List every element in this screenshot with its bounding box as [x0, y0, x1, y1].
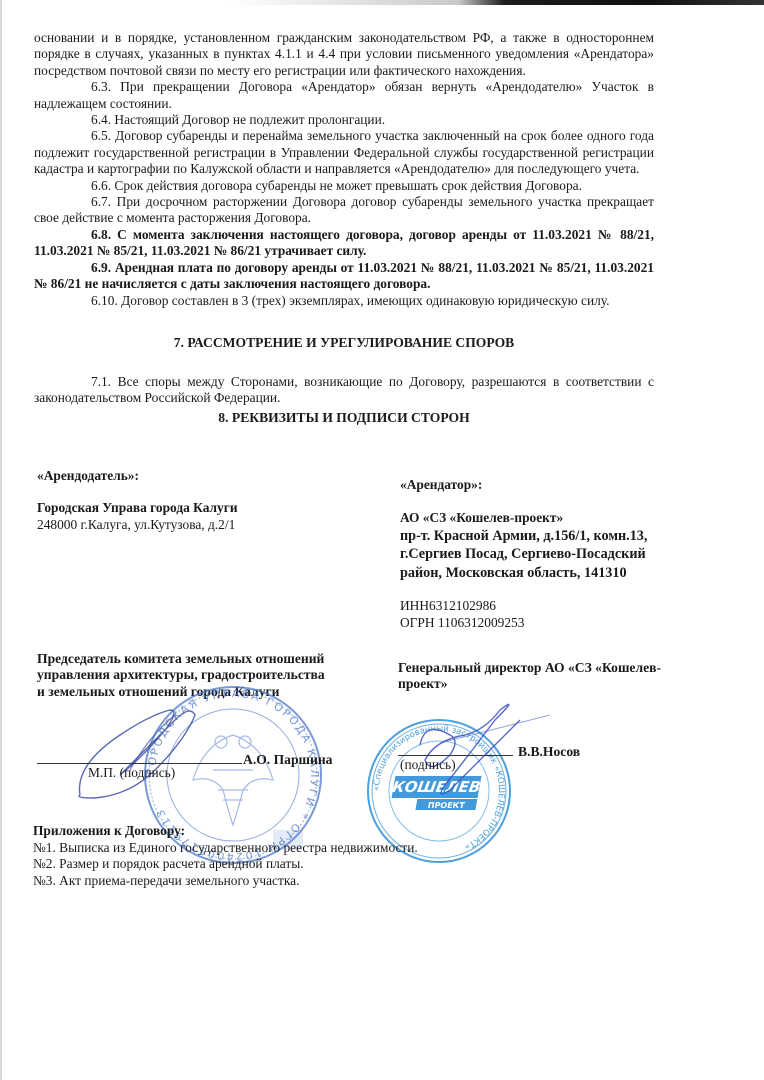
lessee-signatory: В.В.Носов [518, 744, 580, 760]
clause-6-6: 6.6. Срок действия договора субаренды не… [34, 178, 654, 194]
lessee-inn: ИНН6312102986 [400, 598, 647, 614]
clause-6-7: 6.7. При досрочном расторжении Договора … [34, 194, 654, 227]
section-8-heading: 8. РЕКВИЗИТЫ И ПОДПИСИ СТОРОН [34, 410, 654, 426]
clause-6-3: 6.3. При прекращении Договора «Арендатор… [34, 79, 654, 112]
scan-edge-shadow [0, 0, 764, 5]
clause-6-9: 6.9. Арендная плата по договору аренды о… [34, 260, 654, 293]
section-7-heading: 7. РАССМОТРЕНИЕ И УРЕГУЛИРОВАНИЕ СПОРОВ [34, 335, 654, 351]
lessee-address-line: пр-т. Красной Армии, д.156/1, комн.13, [400, 527, 647, 546]
clause-7-1: 7.1. Все споры между Сторонами, возникаю… [34, 374, 654, 407]
lessee-block: «Арендатор»: АО «СЗ «Кошелев-проект» пр-… [400, 477, 647, 631]
lessee-position-line: Генеральный директор АО «СЗ «Кошелев- [398, 660, 661, 676]
lessor-name: Городская Управа города Калуги [37, 500, 238, 516]
lessor-sign-caption: М.П. (подпись) [88, 765, 175, 781]
document-page: основании и в порядке, установленном гра… [34, 30, 654, 309]
clause-6-5: 6.5. Договор субаренды и перенайма земел… [34, 128, 654, 177]
clause-6-4: 6.4. Настоящий Договор не подлежит проло… [34, 112, 654, 128]
lessee-signature-line [398, 755, 513, 756]
annexes-block: Приложения к Договору: №1. Выписка из Ед… [33, 823, 418, 889]
lessor-position-line: Председатель комитета земельных отношени… [37, 651, 325, 667]
lessee-address-line: г.Сергиев Посад, Сергиево-Посадский [400, 545, 647, 564]
lessor-signature-line [37, 763, 242, 764]
annexes-title: Приложения к Договору: [33, 823, 418, 840]
lessor-label: «Арендодатель»: [37, 468, 238, 484]
annex-item: №2. Размер и порядок расчета арендной пл… [33, 856, 418, 873]
scan-left-edge [0, 0, 2, 1080]
lessor-address: 248000 г.Калуга, ул.Кутузова, д.2/1 [37, 517, 238, 533]
lessee-address-line: район, Московская область, 141310 [400, 564, 647, 583]
annex-item: №3. Акт приема-передачи земельного участ… [33, 873, 418, 890]
lessor-block: «Арендодатель»: Городская Управа города … [37, 468, 238, 533]
clause-6-8: 6.8. С момента заключения настоящего дог… [34, 227, 654, 260]
annex-item: №1. Выписка из Единого государственного … [33, 840, 418, 857]
lessee-ogrn: ОГРН 1106312009253 [400, 615, 647, 631]
lessee-name: АО «СЗ «Кошелев-проект» [400, 510, 647, 526]
lessor-signatory: А.О. Паршина [243, 752, 332, 768]
lessee-position-line: проект» [398, 676, 661, 692]
clause-6-10: 6.10. Договор составлен в 3 (трех) экзем… [34, 293, 654, 309]
lessor-signature [70, 700, 220, 810]
lessee-position: Генеральный директор АО «СЗ «Кошелев- пр… [398, 660, 661, 693]
lessee-sign-caption: (подпись) [400, 757, 456, 773]
continuation-paragraph: основании и в порядке, установленном гра… [34, 30, 654, 79]
lessee-label: «Арендатор»: [400, 477, 647, 493]
